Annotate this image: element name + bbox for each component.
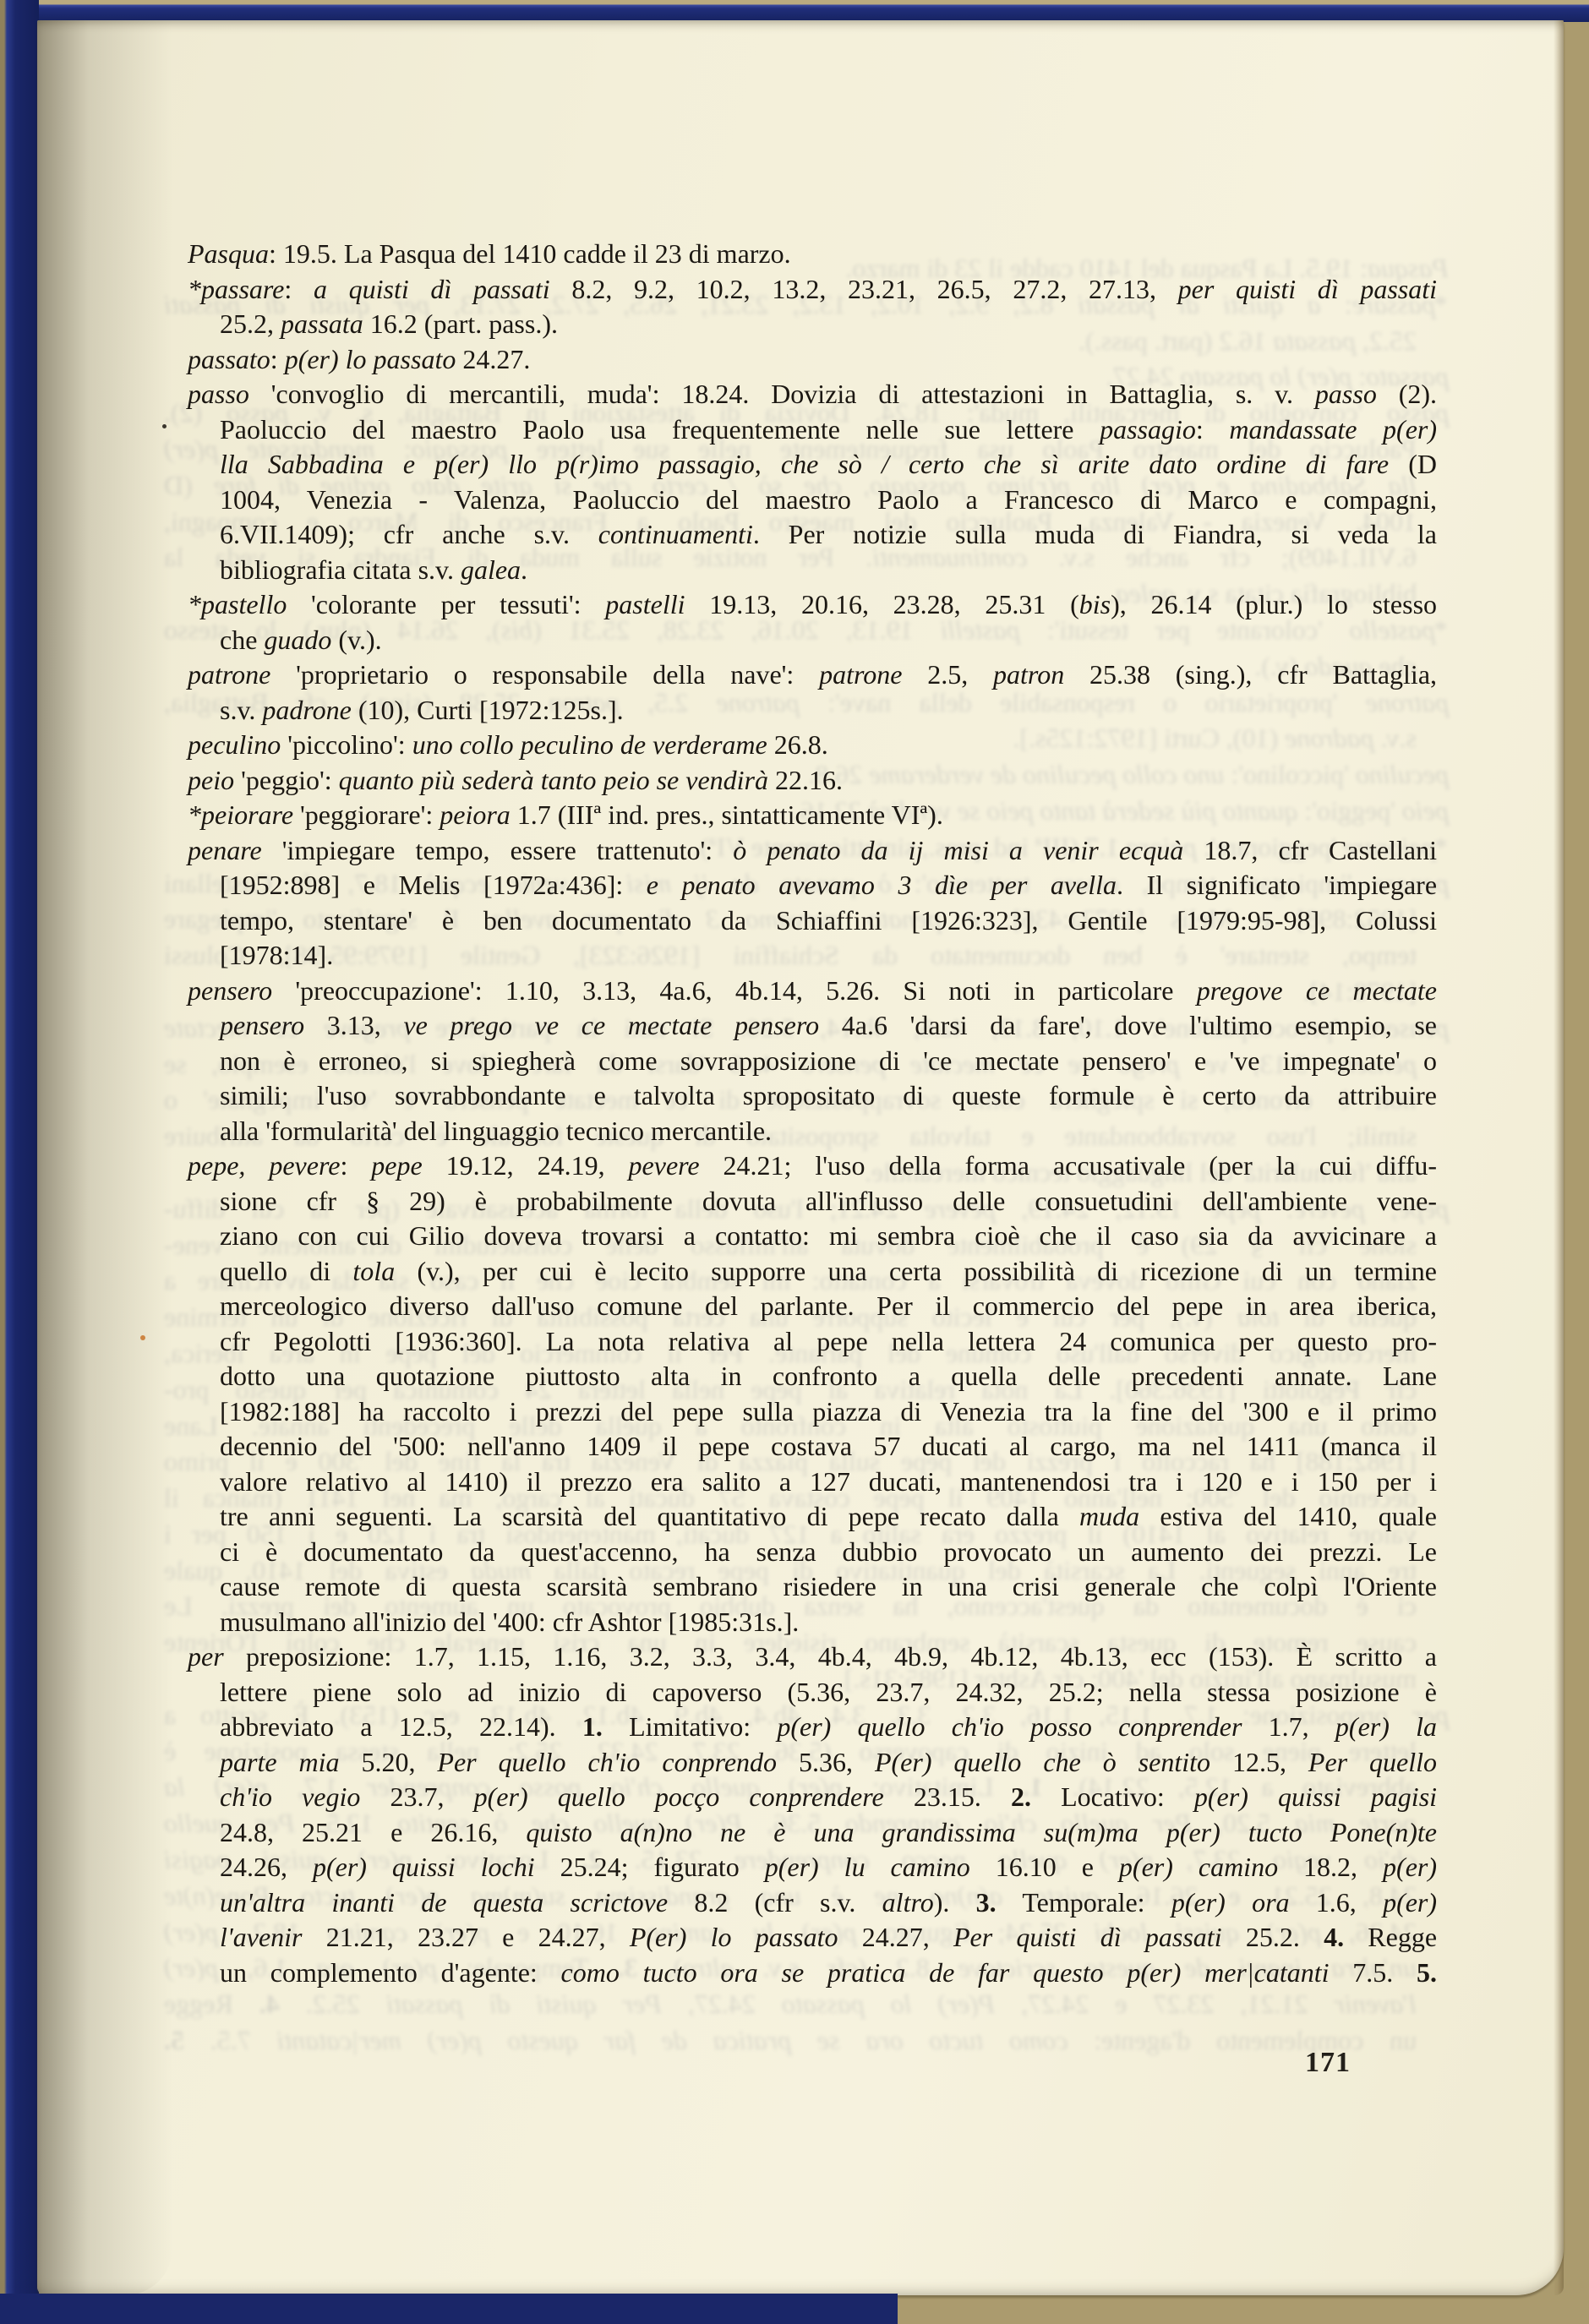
text-line: cause remote di questa scarsità sembrano… <box>188 1569 1437 1605</box>
text-line: lettere piene solo ad inizio di capovers… <box>188 1675 1437 1710</box>
text-line: pepe, pevere: pepe 19.12, 24.19, pevere … <box>188 1148 1437 1184</box>
text-line: merceologico diverso dall'uso comune del… <box>188 1289 1437 1324</box>
text-line: passato: p(er) lo passato 24.27. <box>188 342 1437 378</box>
text-line: per preposizione: 1.7, 1.15, 1.16, 3.2, … <box>188 1639 1437 1675</box>
text-line: alla 'formularità' del linguaggio tecnic… <box>188 1114 1437 1149</box>
book-cover-edge-bottom <box>0 2294 898 2324</box>
text-line: [1978:14]. <box>188 938 1437 974</box>
dust-speck <box>140 1335 145 1340</box>
text-line: [1982:188] ha raccolto i prezzi del pepe… <box>188 1394 1437 1430</box>
scanned-book-page: Pasqua: 19.5. La Pasqua del 1410 cadde i… <box>0 0 1589 2324</box>
text-line: pensero 3.13, ve prego ve ce mectate pen… <box>188 1008 1437 1044</box>
text-line: passo 'convoglio di mercantili, muda': 1… <box>188 377 1437 412</box>
text-line: penare 'impiegare tempo, essere trattenu… <box>188 833 1437 869</box>
text-line: che guado (v.). <box>188 623 1437 658</box>
text-line: Pasqua: 19.5. La Pasqua del 1410 cadde i… <box>188 237 1437 272</box>
text-line: Paoluccio del maestro Paolo usa frequent… <box>188 412 1437 448</box>
text-line: ci è documentato da quest'accenno, ha se… <box>188 1535 1437 1570</box>
text-line: un'altra inanti de questa scrictove 8.2 … <box>188 1885 1437 1921</box>
page-edge-shadow <box>1554 20 1564 2295</box>
text-line: parte mia 5.20, Per quello ch'io conpren… <box>188 1745 1437 1781</box>
text-line: decennio del '500: nell'anno 1409 il pep… <box>188 1429 1437 1465</box>
text-line: abbreviato a 12.5, 22.14). 1. Limitativo… <box>188 1710 1437 1745</box>
text-line: simili; l'uso sovrabbondante e talvolta … <box>188 1078 1437 1114</box>
text-line: ziano con cui Gilio doveva trovarsi a co… <box>188 1219 1437 1254</box>
text-line: s.v. padrone (10), Curti [1972:125s.]. <box>188 693 1437 728</box>
text-line: musulmano all'inizio del '400: cfr Ashto… <box>188 1605 1437 1640</box>
book-page: Pasqua: 19.5. La Pasqua del 1410 cadde i… <box>37 20 1564 2295</box>
text-line: *passare: a quisti dì passati 8.2, 9.2, … <box>188 272 1437 308</box>
text-line: tre anni seguenti. La scarsità del quant… <box>188 1499 1437 1535</box>
text-line: sione cfr § 29) è probabilmente dovuta a… <box>188 1184 1437 1219</box>
page-number: 171 <box>1305 2047 1351 2079</box>
book-cover-spine-left <box>0 0 39 2324</box>
text-line: *peiorare 'peggiorare': peiora 1.7 (IIIª… <box>188 798 1437 833</box>
text-line: ch'io vegio 23.7, p(er) quello pocço con… <box>188 1780 1437 1815</box>
bleed-line: un complemento d'agente: como tucto ora … <box>164 2022 1449 2059</box>
text-line: dotto una quotazione piuttosto alta in c… <box>188 1359 1437 1394</box>
text-line: bibliografia citata s.v. galea. <box>188 553 1437 588</box>
text-line: 24.8, 25.21 e 26.16, quisto a(n)no ne è … <box>188 1815 1437 1851</box>
text-line: un complemento d'agente: como tucto ora … <box>188 1956 1437 1991</box>
book-cover-edge-top <box>0 0 1589 22</box>
text-line: pensero 'preoccupazione': 1.10, 3.13, 4a… <box>188 974 1437 1009</box>
text-line: 1004, Venezia - Valenza, Paoluccio del m… <box>188 483 1437 518</box>
text-line: 25.2, passata 16.2 (part. pass.). <box>188 307 1437 342</box>
text-line: l'avenir 21.21, 23.27 e 24.27, P(er) lo … <box>188 1920 1437 1956</box>
text-line: valore relativo al 1410) il prezzo era s… <box>188 1465 1437 1500</box>
text-line: quello di tola (v.), per cui è lecito su… <box>188 1254 1437 1290</box>
text-line: [1952:898] e Melis [1972a:436]: e penato… <box>188 868 1437 903</box>
text-line: peio 'peggio': quanto più sederà tanto p… <box>188 763 1437 799</box>
text-line: cfr Pegolotti [1936:360]. La nota relati… <box>188 1324 1437 1360</box>
text-line: 6.VII.1409); cfr anche s.v. continuament… <box>188 517 1437 553</box>
text-line: lla Sabbadina e p(er) llo p(r)imo passag… <box>188 447 1437 483</box>
text-line: non è erroneo, si spiegherà come sovrapp… <box>188 1044 1437 1079</box>
ink-speck <box>162 424 167 428</box>
text-line: 24.26, p(er) quissi lochi 25.24; figurat… <box>188 1850 1437 1885</box>
text-line: patrone 'proprietario o responsabile del… <box>188 657 1437 693</box>
text-line: tempo, stentare' è ben documentato da Sc… <box>188 903 1437 939</box>
text-line: *pastello 'colorante per tessuti': paste… <box>188 587 1437 623</box>
text-line: peculino 'piccolino': uno collo peculino… <box>188 728 1437 763</box>
bleed-line: l'avenir 21.21, 23.27 e 24.27, P(er) lo … <box>164 1986 1449 2022</box>
text-block: Pasqua: 19.5. La Pasqua del 1410 cadde i… <box>188 237 1437 1990</box>
gutter-shadow <box>37 20 172 2295</box>
